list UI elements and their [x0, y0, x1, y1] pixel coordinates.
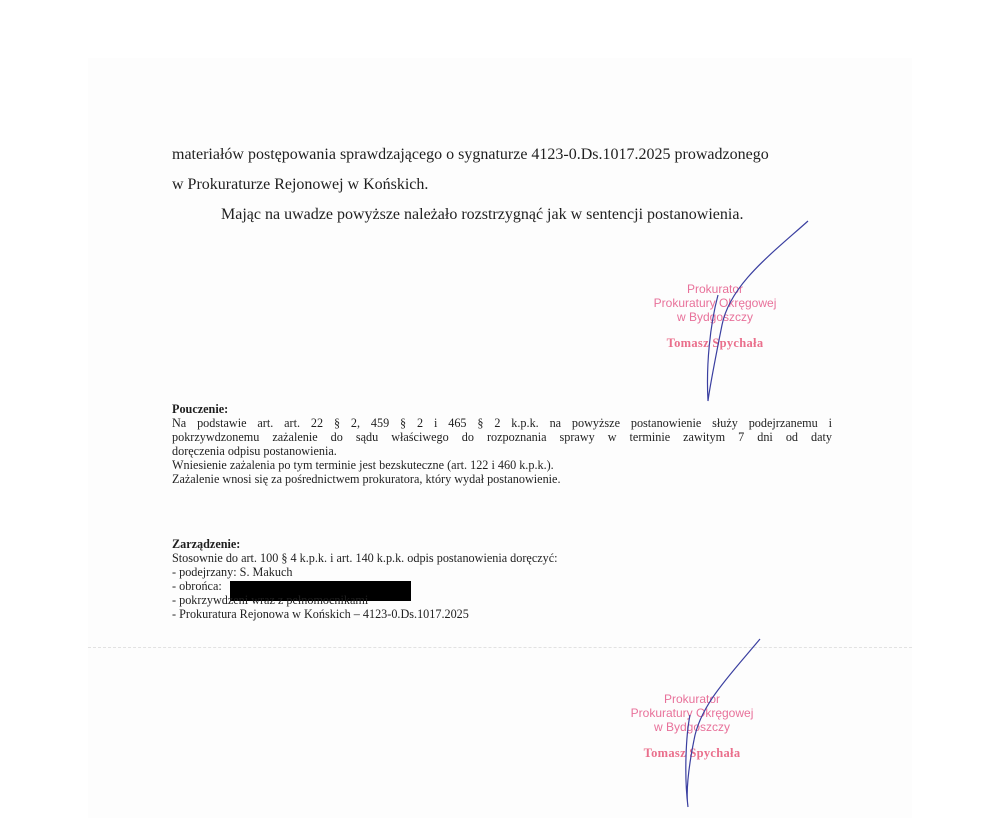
- pouczenie-line-1: Na podstawie art. art. 22 § 2, 459 § 2 i…: [172, 417, 832, 431]
- pouczenie-heading: Pouczenie:: [172, 403, 228, 417]
- paragraph-line-2: w Prokuraturze Rejonowej w Końskich.: [172, 176, 428, 194]
- pouczenie-line-4: Wniesienie zażalenia po tym terminie jes…: [172, 459, 554, 473]
- signature-icon: [690, 215, 820, 410]
- pouczenie-line-5: Zażalenie wnosi się za pośrednictwem pro…: [172, 473, 561, 487]
- zarzadzenie-item-victims: - pokrzywdzeni wraz z pełnomocnikami: [172, 594, 368, 608]
- zarzadzenie-item-suspect: - podejrzany: S. Makuch: [172, 566, 293, 580]
- signature-icon-2: [670, 635, 770, 815]
- zarzadzenie-intro: Stosownie do art. 100 § 4 k.p.k. i art. …: [172, 552, 558, 566]
- paragraph-line-1: materiałów postępowania sprawdzającego o…: [172, 146, 769, 164]
- zarzadzenie-heading: Zarządzenie:: [172, 538, 240, 552]
- zarzadzenie-item-office: - Prokuratura Rejonowa w Końskich – 4123…: [172, 608, 469, 622]
- pouczenie-line-2: pokrzywdzonemu zażalenie do sądu właściw…: [172, 431, 832, 445]
- paragraph-line-3: Mając na uwadze powyższe należało rozstr…: [221, 206, 743, 224]
- zarzadzenie-item-defender: - obrońca:: [172, 580, 222, 594]
- pouczenie-line-3: doręczenia odpisu postanowienia.: [172, 445, 337, 459]
- page-fold-line: [88, 647, 912, 648]
